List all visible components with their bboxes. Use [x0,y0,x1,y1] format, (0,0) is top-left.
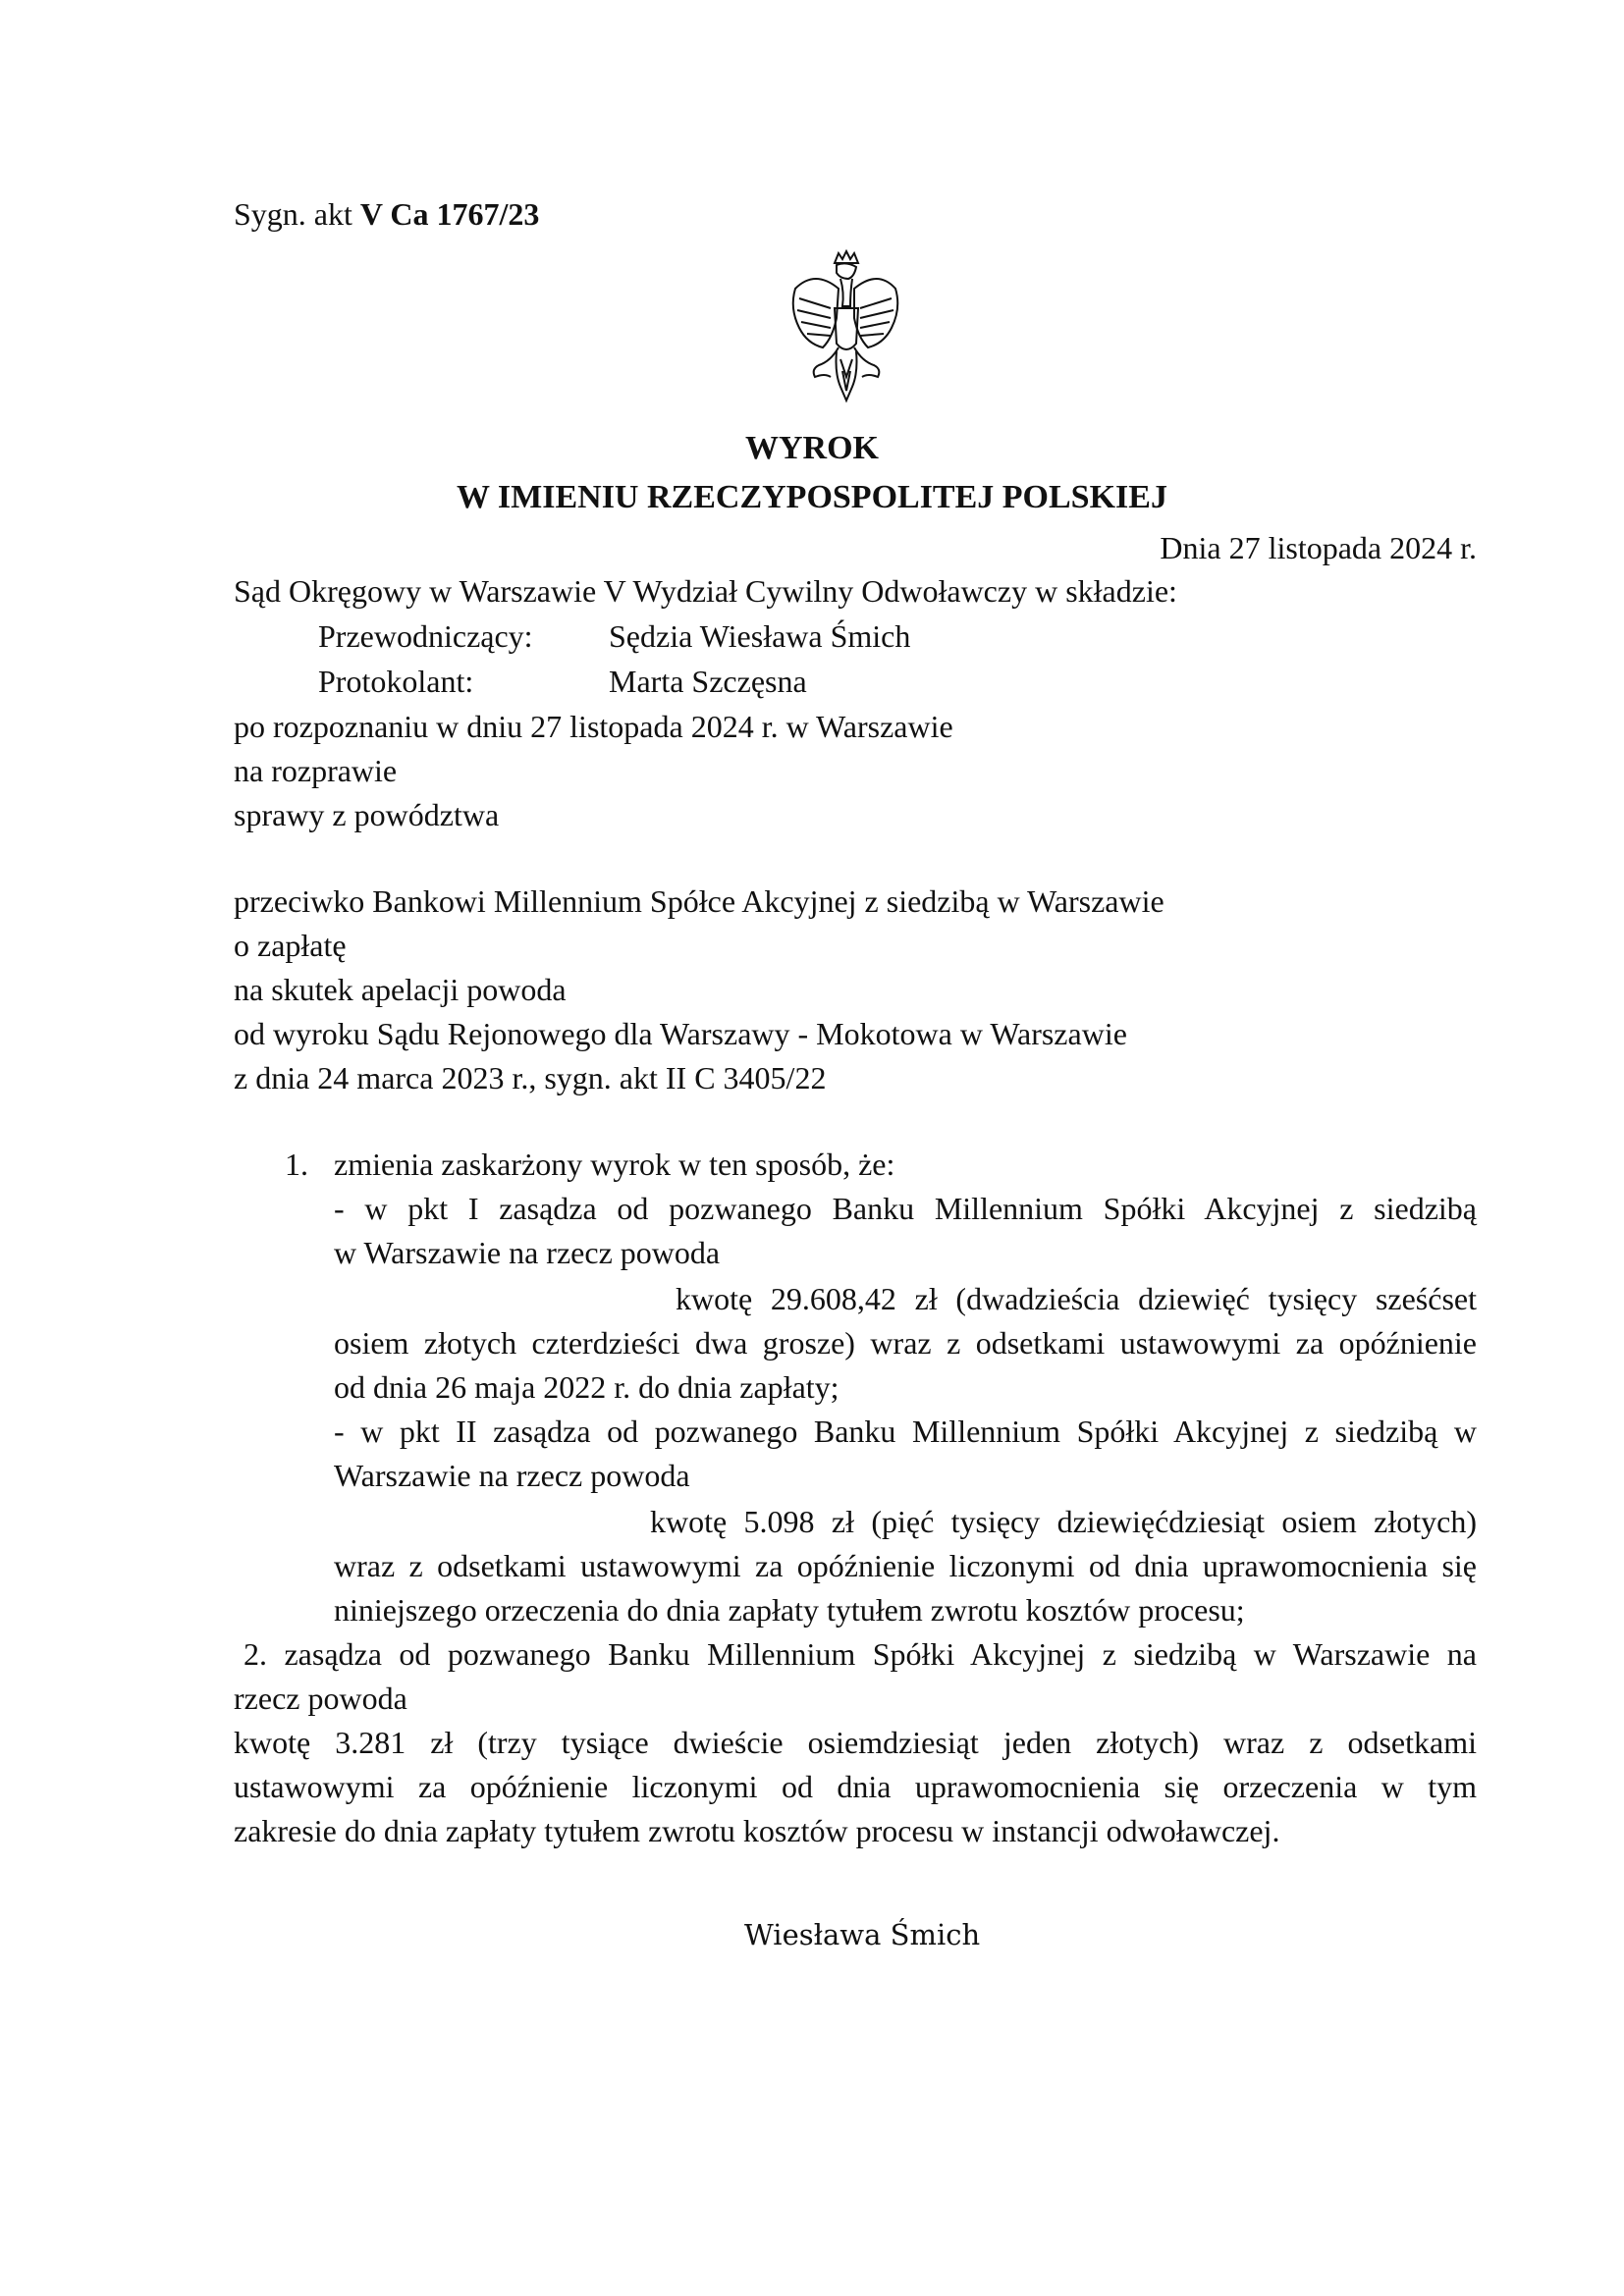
document-subtitle: W IMIENIU RZECZYPOSPOLITEJ POLSKIEJ [0,481,1624,514]
ruling-point-1-text: w Warszawie na rzecz powoda [334,1237,720,1268]
clerk-name: Marta Szczęsna [609,666,807,697]
ruling-item-2-text: zakresie do dnia zapłaty tytułem zwrotu … [234,1815,1279,1846]
proceedings-line: na rozprawie [234,755,397,786]
ruling-point-2-text: wraz z odsetkami ustawowymi za opóźnieni… [334,1550,1477,1581]
chair-name: Sędzia Wiesława Śmich [609,620,910,652]
subject-line: o zapłatę [234,930,347,961]
lower-court-line: od wyroku Sądu Rejonowego dla Warszawy -… [234,1018,1127,1049]
case-signature: Sygn. akt V Ca 1767/23 [234,198,539,230]
court-composition: Sąd Okręgowy w Warszawie V Wydział Cywil… [234,575,1177,607]
ruling-point-2-text: niniejszego orzeczenia do dnia zapłaty t… [334,1594,1245,1626]
case-number: V Ca 1767/23 [360,196,540,232]
ruling-point-1-text: osiem złotych czterdzieści dwa grosze) w… [334,1327,1477,1359]
proceedings-line: po rozpoznaniu w dniu 27 listopada 2024 … [234,711,953,742]
document-title: WYROK [0,432,1624,465]
case-signature-label: Sygn. akt [234,196,360,232]
ruling-point-1-amount: kwotę 29.608,42 zł (dwadzieścia dziewięć… [676,1283,1477,1314]
ruling-point-1-text: - w pkt I zasądza od pozwanego Banku Mil… [334,1193,1477,1224]
ruling-point-2-text: - w pkt II zasądza od pozwanego Banku Mi… [334,1415,1477,1447]
ruling-date: Dnia 27 listopada 2024 r. [1160,532,1477,563]
ruling-item-2-amount: kwotę 3.281 zł (trzy tysiące dwieście os… [234,1727,1477,1758]
lower-court-date-line: z dnia 24 marca 2023 r., sygn. akt II C … [234,1062,826,1094]
ruling-item-2-text: 2. zasądza od pozwanego Banku Millennium… [244,1638,1477,1670]
proceedings-line: sprawy z powództwa [234,799,499,830]
ruling-item-number: 1. [285,1148,308,1180]
clerk-label: Protokolant: [318,666,473,697]
ruling-point-2-text: Warszawie na rzecz powoda [334,1460,690,1491]
appeal-line: na skutek apelacji powoda [234,974,567,1005]
chair-label: Przewodniczący: [318,620,533,652]
ruling-point-1-text: od dnia 26 maja 2022 r. do dnia zapłaty; [334,1371,839,1403]
ruling-item-intro: zmienia zaskarżony wyrok w ten sposób, ż… [334,1148,894,1180]
ruling-point-2-amount: kwotę 5.098 zł (pięć tysięcy dziewięćdzi… [650,1506,1477,1537]
judge-signature: Wiesława Śmich [744,1921,980,1949]
ruling-item-2-text: ustawowymi za opóźnienie liczonymi od dn… [234,1771,1477,1802]
ruling-item-2-text: rzecz powoda [234,1682,407,1714]
polish-eagle-emblem-icon [785,249,903,404]
defendant-line: przeciwko Bankowi Millennium Spółce Akcy… [234,885,1164,917]
